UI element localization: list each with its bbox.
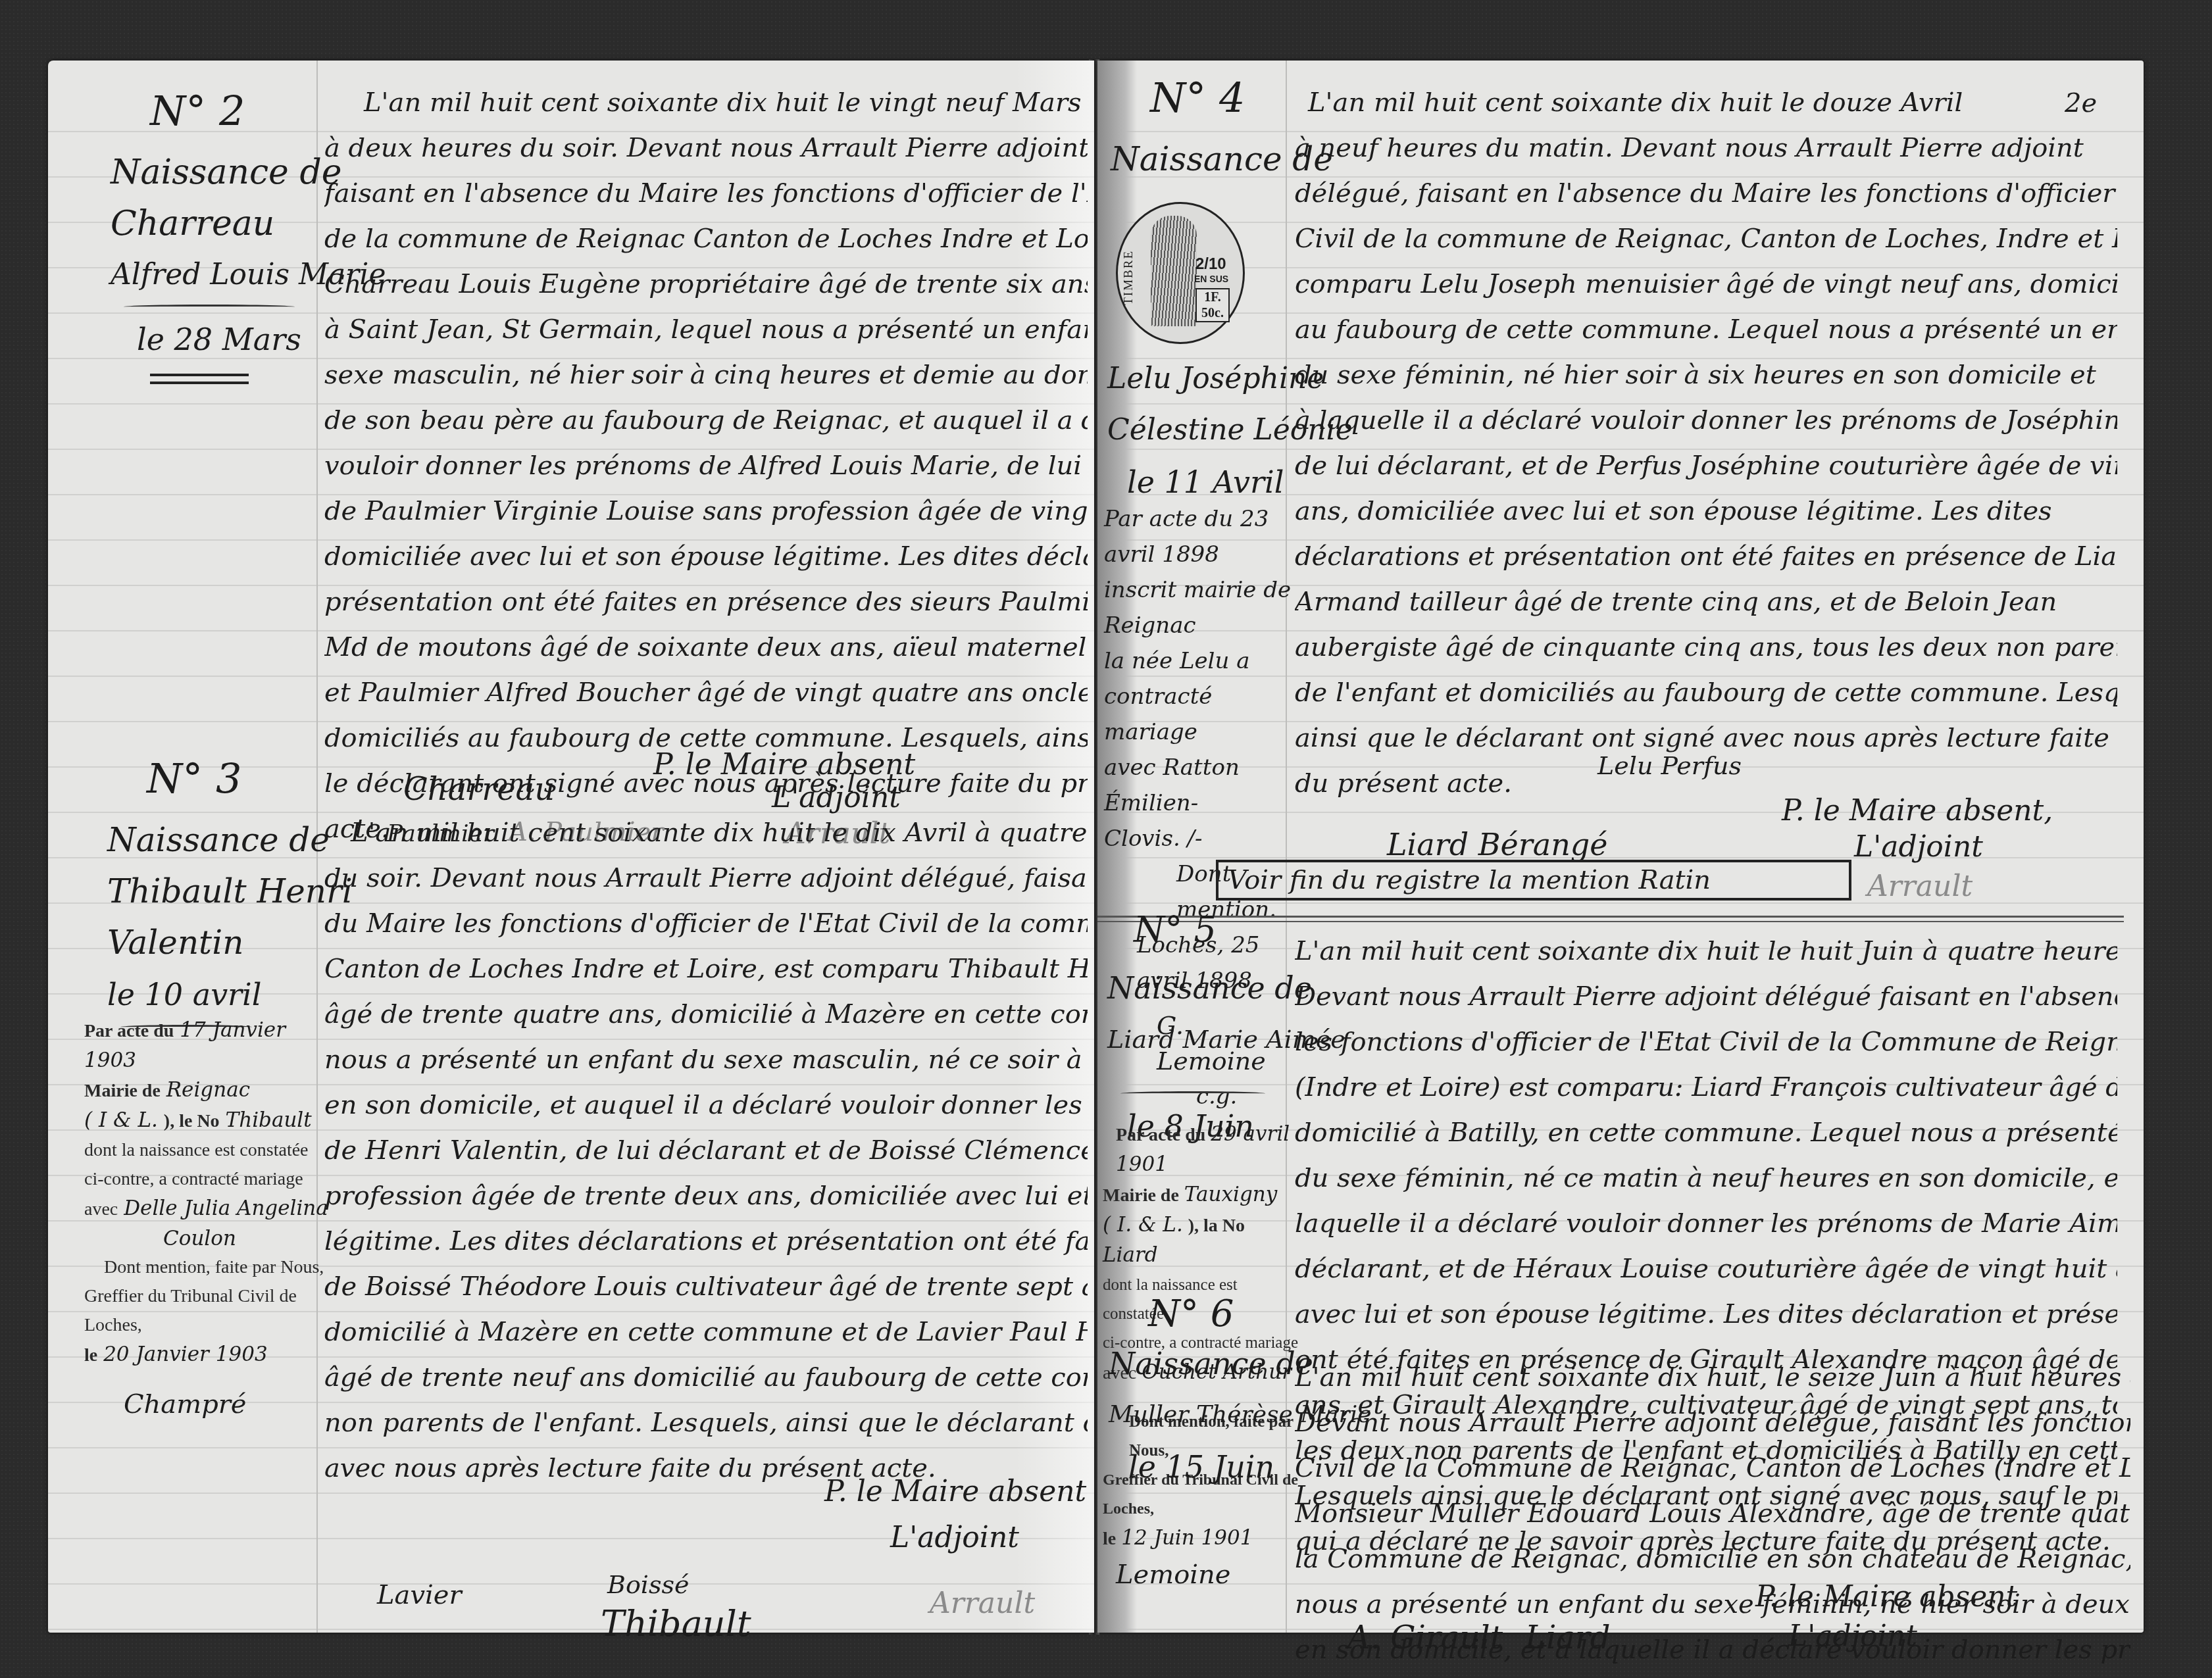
act-line: L'an mil huit cent soixante dix huit le … [1295,80,2117,126]
annot-spouse: Delle Julia Angelina [124,1197,328,1220]
double-rule [150,374,249,384]
adjoint-label: L'adjoint [1854,830,1983,864]
signature-greffier: Champré [124,1390,334,1419]
entry-number: N° 6 [1148,1293,1372,1335]
stamp-cents: 50c. [1201,306,1224,320]
annot-label: Greffier du Tribunal Civil de Loches, [84,1282,334,1340]
stamp-surtax: 2/10 [1195,255,1226,274]
act-line: Armand tailleur âgé de trente cinq ans, … [1295,580,2117,625]
act-line: Canton de Loches Indre et Loire, est com… [324,947,1088,992]
signature-declarant: Thibault [601,1603,751,1644]
act-line: à deux heures du soir. Devant nous Arrau… [324,126,1088,171]
mayor-absent-note: P. le Maire absent [824,1475,1086,1508]
annot-spouse-surname: Coulon [84,1224,334,1253]
act-line: (Indre et Loire) est comparu: Liard Fran… [1295,1065,2117,1110]
act-line: profession âgée de trente deux ans, domi… [324,1173,1088,1219]
annot-label: Dont mention, faite par Nous, [84,1253,334,1282]
annot-commune: Tauxigny [1184,1183,1277,1206]
act-line: faisant en l'absence du Maire les foncti… [324,171,1088,216]
act-body-6: L'an mil huit cent soixante dix huit, le… [1295,1355,2130,1673]
act-line: domiciliée avec lui et son épouse légiti… [324,534,1088,580]
act-line: non parents de l'enfant. Lesquels, ainsi… [324,1400,1088,1446]
mayor-absent-note: P. le Maire absent, [1782,794,2053,827]
act-line: laquelle il a déclaré vouloir donner les… [1295,1201,2117,1246]
stamp-surtax-label: EN SUS [1194,274,1228,284]
side-note: 2e [2065,88,2097,118]
act-line: Monsieur Muller Edouard Louis Alexandre,… [1295,1491,2130,1537]
act-line: nous a présenté un enfant du sexe mascul… [324,1037,1088,1083]
annot-line: Par acte du 23 avril 1898 [1104,501,1295,572]
annot-label: le [1103,1529,1116,1549]
entry-given-names: Valentin [107,917,353,968]
marriage-annotation-3: Par acte du 17 Janvier 1903 Mairie de Re… [84,1016,334,1419]
act-line: âgé de trente quatre ans, domicilié à Ma… [324,992,1088,1037]
act-line: Charreau Louis Eugène propriétaire âgé d… [324,262,1088,307]
annot-label: Mairie de [84,1081,161,1101]
signature-adjoint: Arrault [930,1587,1035,1620]
act-line: de l'enfant et domiciliés au faubourg de… [1295,670,2117,716]
act-line: aubergiste âgé de cinquante cinq ans, to… [1295,625,2117,670]
act-line: les fonctions d'officier de l'Etat Civil… [1295,1020,2117,1065]
annot-label: ci-contre, a contracté mariage [84,1165,334,1194]
stamp-price: 1F.50c. [1195,288,1230,322]
signature-declarant: Charreau [403,771,555,808]
act-line: Devant nous Arrault Pierre adjoint délég… [1295,974,2117,1020]
annot-commune: Reignac [166,1078,250,1102]
act-line: la Commune de Reignac, domicilié en son … [1295,1537,2130,1582]
flourish-rule [1120,1091,1265,1096]
mayor-absent-note: P. le Maire absent [653,748,915,781]
act-line: Civil de la commune de Reignac, Canton d… [1295,216,2117,262]
act-line: L'an mil huit cent soixante dix huit le … [1295,929,2117,974]
annot-label: le [84,1345,97,1366]
act-line: et Paulmier Alfred Boucher âgé de vingt … [324,670,1088,716]
act-line: présentation ont été faites en présence … [324,580,1088,625]
act-line: à neuf heures du matin. Devant nous Arra… [1295,126,2117,171]
act-body-2: L'an mil huit cent soixante dix huit le … [324,80,1088,852]
act-body-3: L'an mil huit cent soixante dix huit le … [324,810,1088,1491]
act-line: L'an mil huit cent soixante dix huit le … [324,810,1088,856]
act-line: en son domicile, et à laquelle il a décl… [1295,1627,2130,1673]
act-line: Md de moutons âgé de soixante deux ans, … [324,625,1088,670]
annot-date: 12 Juin 1901 [1121,1526,1253,1550]
act-line: ans, domiciliée avec lui et son épouse l… [1295,489,2117,534]
annot-label: Mairie de [1103,1185,1179,1206]
signature-greffier: Lemoine [1116,1560,1300,1589]
flourish-rule [124,305,295,309]
justice-figure-icon [1151,216,1197,326]
act-line: Civil de la Commune de Reignac, Canton d… [1295,1446,2130,1491]
annot-line: la née Lelu a contracté mariage [1104,643,1295,750]
act-line: du sexe féminin, né ce matin à neuf heur… [1295,1156,2117,1201]
act-body-4: L'an mil huit cent soixante dix huit le … [1295,80,2117,806]
entry-number: N° 3 [147,754,353,802]
act-line: délégué, faisant en l'absence du Maire l… [1295,171,2117,216]
annot-name: Liard [1103,1243,1158,1267]
margin-entry-3: N° 3 Naissance de Thibault Henri Valenti… [107,754,353,1033]
act-line: âgé de trente neuf ans domicilié au faub… [324,1355,1088,1400]
annot-label: Par acte du [1116,1125,1205,1145]
annot-date: 20 Janvier 1903 [103,1343,268,1366]
act-line: du sexe féminin, né hier soir à six heur… [1295,353,2117,398]
act-line: avec lui et son épouse légitime. Les dit… [1295,1292,2117,1337]
entry-date: le 10 avril [107,968,353,1021]
adjoint-label: L'adjoint [890,1521,1019,1554]
act-line: déclarations et présentation ont été fai… [1295,534,2117,580]
act-line: de Paulmier Virginie Louise sans profess… [324,489,1088,534]
signature-witness: Lavier [377,1580,462,1610]
act-line: au faubourg de cette commune. Lequel nou… [1295,307,2117,353]
act-line: du Maire les fonctions d'officier de l'E… [324,901,1088,947]
act-line: de Boissé Théodore Louis cultivateur âgé… [324,1264,1088,1310]
act-line: de son beau père au faubourg de Reignac,… [324,398,1088,443]
signature-declarant: Lelu Perfus [1597,751,1742,780]
act-line: vouloir donner les prénoms de Alfred Lou… [324,443,1088,489]
annot-label: ), le No [164,1111,220,1131]
tax-stamp: TIMBRE 2/10 EN SUS 1F.50c. [1116,202,1245,344]
annot-label: avec [84,1199,118,1220]
act-line: sexe masculin, né hier soir à cinq heure… [324,353,1088,398]
boxed-margin-note: Voir fin du registre la mention Ratin [1216,860,1851,901]
act-line: nous a présenté un enfant du sexe fémini… [1295,1582,2130,1627]
act-line: à Saint Jean, St Germain, lequel nous a … [324,307,1088,353]
act-line: L'an mil huit cent soixante dix huit le … [324,80,1088,126]
act-line: L'an mil huit cent soixante dix huit, le… [1295,1355,2130,1400]
annot-dept: ( I & L. [84,1108,158,1132]
annot-label: dont la naissance est constatée [84,1136,334,1165]
stamp-label: TIMBRE [1122,250,1136,305]
act-line: du soir. Devant nous Arrault Pierre adjo… [324,856,1088,901]
act-line: de Henri Valentin, de lui déclarant et d… [324,1128,1088,1173]
act-line: comparu Lelu Joseph menuisier âgé de vin… [1295,262,2117,307]
act-line: Devant nous Arrault Pierre adjoint délég… [1295,1400,2130,1446]
left-page: N° 2 Naissance de Charreau Alfred Louis … [48,61,1094,1633]
signature-witness: Boissé [607,1570,689,1599]
act-line: légitime. Les dites déclarations et prés… [324,1219,1088,1264]
annot-label: Par acte du [84,1021,174,1041]
signature-adjoint: Arrault [1867,870,1973,903]
adjoint-label: L'adjoint [772,781,901,814]
entry-title: Naissance de [107,814,353,866]
act-line: de la commune de Reignac Canton de Loche… [324,216,1088,262]
annot-name: Thibault [226,1108,312,1132]
act-line: déclarant, et de Héraux Louise couturièr… [1295,1246,2117,1292]
act-line: de lui déclarant, et de Perfus Joséphine… [1295,443,2117,489]
act-line: à laquelle il a déclaré vouloir donner l… [1295,398,2117,443]
annot-line: avec Ratton Émilien- [1104,750,1295,821]
act-line: domicilié à Mazère en cette commune et d… [324,1310,1088,1355]
act-line: domicilié à Batilly, en cette commune. L… [1295,1110,2117,1156]
signature-witness: Liard Bérangé [1387,827,1607,862]
annot-dept: ( I. & L. [1103,1213,1183,1237]
annot-line: Clovis. /- [1104,821,1295,856]
stamp-francs: 1F. [1204,290,1220,305]
annot-line: inscrit mairie de Reignac [1104,572,1295,643]
entry-surname: Thibault Henri [107,866,353,917]
act-line: en son domicile, et auquel il a déclaré … [324,1083,1088,1128]
annot-label: ), la No [1188,1216,1245,1236]
